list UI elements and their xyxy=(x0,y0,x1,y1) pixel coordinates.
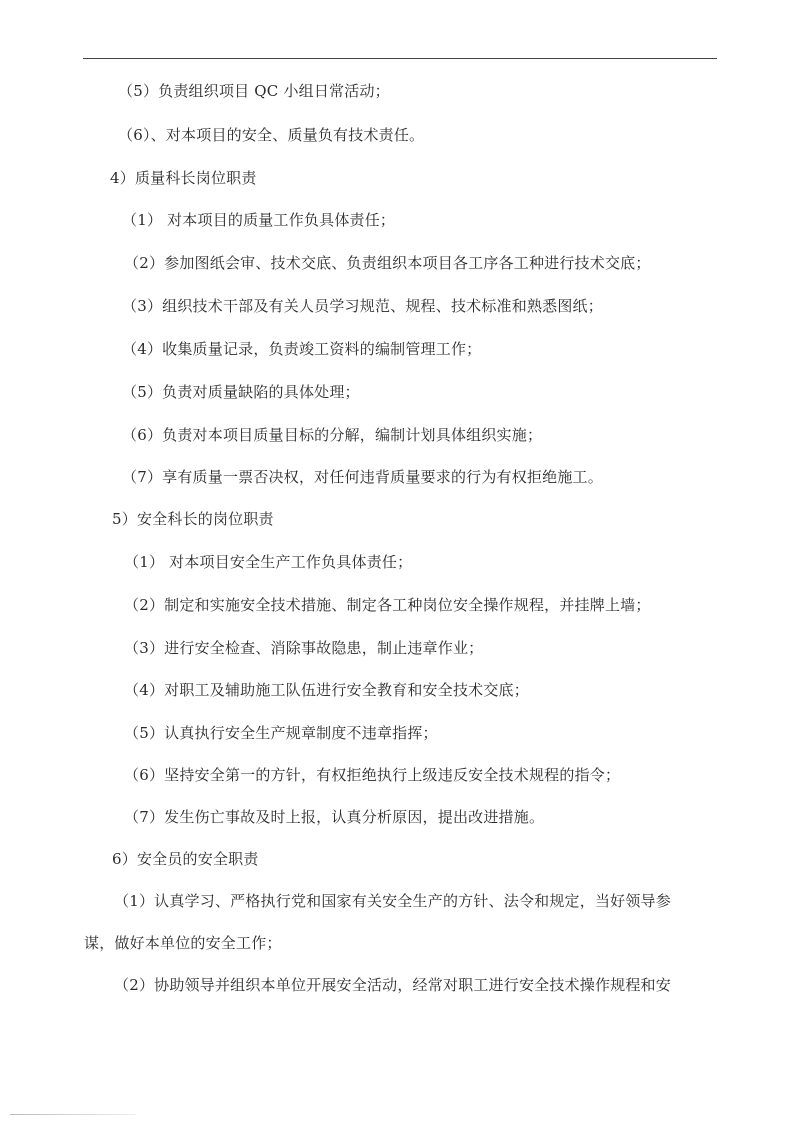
text-line: （5）认真执行安全生产规章制度不违章指挥； xyxy=(124,723,438,743)
text-line: （7）享有质量一票否决权，对任何违背质量要求的行为有权拒绝施工。 xyxy=(122,467,603,487)
text-line: （2）协助领导并组织本单位开展安全活动，经常对职工进行安全技术操作规程和安 xyxy=(114,975,671,995)
text-line: （6）坚持安全第一的方针，有权拒绝执行上级违反安全技术规程的指令； xyxy=(124,765,620,785)
text-line: （5）负责对质量缺陷的具体处理； xyxy=(122,382,360,402)
text-line: （1） 对本项目安全生产工作负具体责任； xyxy=(124,552,412,572)
text-line: （2）参加图纸会审、技术交底、负责组织本项目各工序各工种进行技术交底； xyxy=(124,253,651,273)
header-rule xyxy=(83,58,717,59)
text-line: （1） 对本项目的质量工作负具体责任； xyxy=(122,210,395,230)
section-heading: 5）安全科长的岗位职责 xyxy=(112,509,274,529)
section-heading: 6）安全员的安全职责 xyxy=(112,849,259,869)
text-line: （3）组织技术干部及有关人员学习规范、规程、技术标准和熟悉图纸； xyxy=(122,296,603,316)
text-line: （6）负责对本项目质量目标的分解，编制计划具体组织实施； xyxy=(122,425,542,445)
text-line: （4）对职工及辅助施工队伍进行安全教育和安全技术交底； xyxy=(124,680,529,700)
text-line: （7）发生伤亡事故及时上报，认真分析原因，提出改进措施。 xyxy=(124,807,544,827)
text-line: （2）制定和实施安全技术措施、制定各工种岗位安全操作规程，并挂牌上墙； xyxy=(124,595,651,615)
section-heading: 4）质量科长岗位职责 xyxy=(110,168,257,188)
text-line: （1）认真学习、严格执行党和国家有关安全生产的方针、法令和规定，当好领导参 xyxy=(114,891,671,911)
scan-artifact xyxy=(10,1114,135,1115)
text-line: （5）负责组织项目 QC 小组日常活动； xyxy=(118,81,390,101)
text-line: （6）、对本项目的安全、质量负有技术责任。 xyxy=(118,125,424,145)
text-line: （3）进行安全检查、消除事故隐患，制止违章作业； xyxy=(124,638,483,658)
text-line: 谋，做好本单位的安全工作； xyxy=(84,933,282,953)
text-line: （4）收集质量记录，负责竣工资料的编制管理工作； xyxy=(122,339,481,359)
